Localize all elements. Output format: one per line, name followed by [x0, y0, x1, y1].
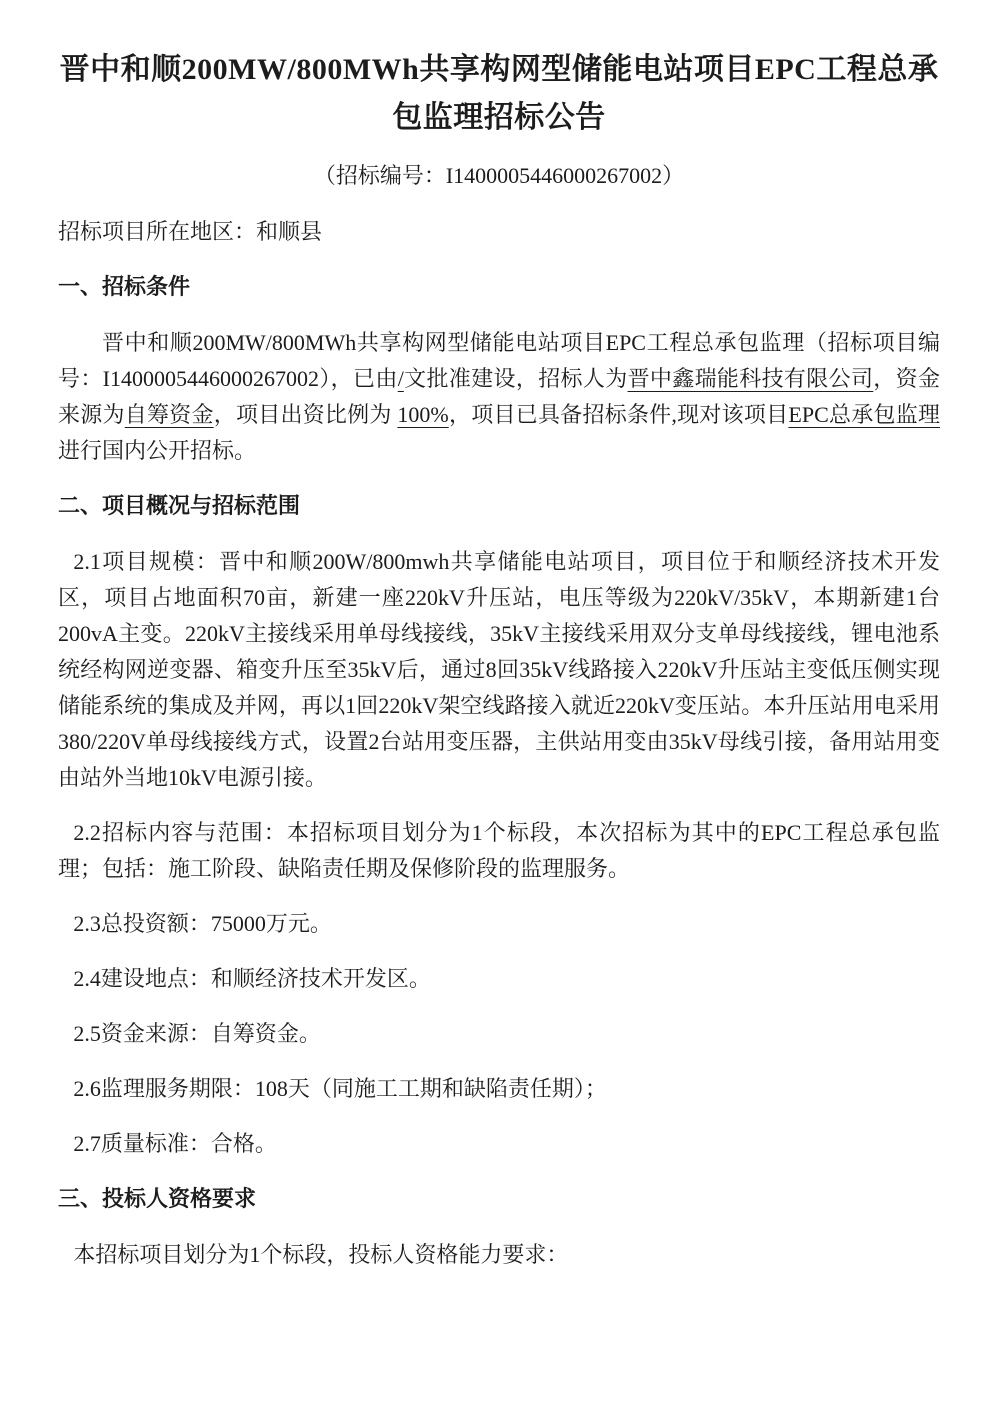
- tender-conditions-paragraph: 晋中和顺200MW/800MWh共享构网型储能电站项目EPC工程总承包监理（招标…: [58, 325, 940, 469]
- section1-heading-tender-conditions: 一、招标条件: [58, 269, 940, 305]
- item-total-investment: 2.3总投资额：75000万元。: [58, 906, 940, 942]
- text-segment: 进行国内公开招标。: [58, 438, 256, 463]
- item-construction-location: 2.4建设地点：和顺经济技术开发区。: [58, 961, 940, 997]
- underlined-epc-supervision: EPC总承包监理: [788, 402, 940, 427]
- section3-heading-bidder-qualification: 三、投标人资格要求: [58, 1181, 940, 1217]
- bidder-qualification-paragraph: 本招标项目划分为1个标段，投标人资格能力要求：: [58, 1237, 940, 1273]
- underlined-tenderer-name: 晋中鑫瑞能科技有限公司: [628, 366, 874, 391]
- tender-number-line: （招标编号：I1400005446000267002）: [58, 158, 940, 194]
- underlined-funding-source: 自筹资金: [125, 402, 214, 427]
- text-segment: ，项目已具备招标条件,现对该项目: [449, 402, 789, 427]
- text-segment: 文批准建设，招标人为: [404, 366, 628, 391]
- project-region-line: 招标项目所在地区：和顺县: [58, 214, 940, 250]
- item-project-scale: 2.1项目规模：晋中和顺200W/800mwh共享储能电站项目，项目位于和顺经济…: [58, 544, 940, 796]
- document-title: 晋中和顺200MW/800MWh共享构网型储能电站项目EPC工程总承包监理招标公…: [58, 46, 940, 142]
- section2-heading-project-overview: 二、项目概况与招标范围: [58, 488, 940, 524]
- underlined-funding-ratio: 100%: [397, 402, 448, 427]
- item-bid-content-scope: 2.2招标内容与范围：本招标项目划分为1个标段，本次招标为其中的EPC工程总承包…: [58, 815, 940, 887]
- item-supervision-service-period: 2.6监理服务期限：108天（同施工工期和缺陷责任期）；: [58, 1071, 940, 1107]
- text-segment: ，项目出资比例为: [214, 402, 398, 427]
- tender-announcement-page: 晋中和顺200MW/800MWh共享构网型储能电站项目EPC工程总承包监理招标公…: [0, 0, 1000, 1414]
- item-quality-standard: 2.7质量标准：合格。: [58, 1126, 940, 1162]
- item-funding-source: 2.5资金来源：自筹资金。: [58, 1016, 940, 1052]
